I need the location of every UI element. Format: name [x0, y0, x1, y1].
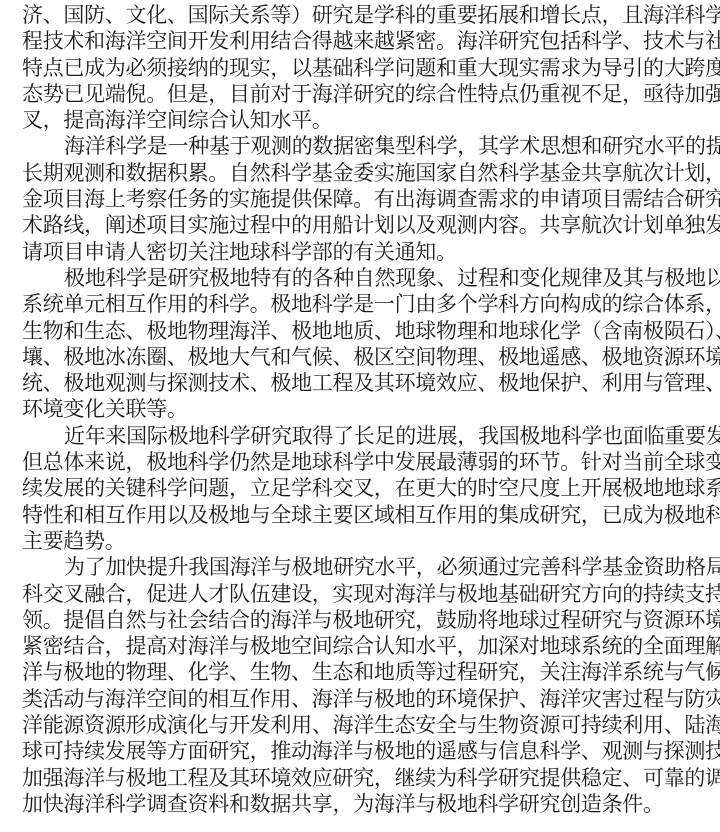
text-line: 为了加快提升我国海洋与极地研究水平，必须通过完善科学基金资助格局，拓展学 [22, 554, 698, 580]
text-line: 生物和生态、极地物理海洋、极地地质、地球物理和地球化学（含南极陨石）、极地土 [22, 318, 698, 344]
text-line: 态势已见端倪。但是，目前对于海洋研究的综合性特点仍重视不足，亟待加强学科交 [22, 81, 698, 107]
text-line: 环境变化关联等。 [22, 396, 698, 422]
text-line: 但总体来说，极地科学仍然是地球科学中发展最薄弱的环节。针对当前全球变化和可持 [22, 449, 698, 475]
paragraph-5: 为了加快提升我国海洋与极地研究水平，必须通过完善科学基金资助格局，拓展学 科交叉… [22, 554, 698, 817]
text-line: 术路线，阐述项目实施过程中的用船计划以及观测内容。共享航次计划单独发布指南， [22, 212, 698, 238]
text-line: 领。提倡自然与社会结合的海洋与极地研究，鼓励将地球过程研究与资源环境效应研究 [22, 607, 698, 633]
text-line: 洋与极地的物理、化学、生物、生态和地质等过程研究，关注海洋系统与气候变化、人 [22, 659, 698, 685]
text-line: 济、国防、文化、国际关系等）研究是学科的重要拓展和增长点，且海洋科学与海洋工 [22, 2, 698, 28]
text-line: 系统单元相互作用的科学。极地科学是一门由多个学科方向构成的综合体系，包括极地 [22, 291, 698, 317]
text-line: 加强海洋与极地工程及其环境效应研究，继续为科学研究提供稳定、可靠的调查保障， [22, 765, 698, 791]
paragraph-1: 济、国防、文化、国际关系等）研究是学科的重要拓展和增长点，且海洋科学与海洋工 程… [22, 2, 698, 133]
text-line: 科交叉融合，促进人才队伍建设，实现对海洋与极地基础研究方向的持续支持和前沿引 [22, 581, 698, 607]
text-line: 续发展的关键科学问题，立足学科交叉，在更大的时空尺度上开展极地地球系统圈层的 [22, 475, 698, 501]
text-line: 请项目申请人密切关注地球科学部的有关通知。 [22, 239, 698, 265]
text-line: 球可持续发展等方面研究，推动海洋与极地的遥感与信息科学、观测与探测技术研究， [22, 738, 698, 764]
text-line: 程技术和海洋空间开发利用结合得越来越紧密。海洋研究包括科学、技术与社会等多种 [22, 28, 698, 54]
paragraph-2: 海洋科学是一种基于观测的数据密集型科学，其学术思想和研究水平的提升离不开 长期观… [22, 133, 698, 264]
text-line: 长期观测和数据积累。自然科学基金委实施国家自然科学基金共享航次计划，为科学基 [22, 160, 698, 186]
text-line: 极地科学是研究极地特有的各种自然现象、过程和变化规律及其与极地以外的地球 [22, 265, 698, 291]
paragraph-3: 极地科学是研究极地特有的各种自然现象、过程和变化规律及其与极地以外的地球 系统单… [22, 265, 698, 423]
text-line: 金项目海上考察任务的实施提供保障。有出海调查需求的申请项目需结合研究项目的技 [22, 186, 698, 212]
text-line: 海洋科学是一种基于观测的数据密集型科学，其学术思想和研究水平的提升离不开 [22, 133, 698, 159]
text-line: 近年来国际极地科学研究取得了长足的进展，我国极地科学也面临重要发展机遇。 [22, 423, 698, 449]
text-line: 统、极地观测与探测技术、极地工程及其环境效应、极地保护、利用与管理、地球三极 [22, 370, 698, 396]
text-line: 壤、极地冰冻圈、极地大气和气候、极区空间物理、极地遥感、极地资源环境信息系 [22, 344, 698, 370]
text-line: 特点已成为必须接纳的现实，以基础科学问题和重大现实需求为导引的大跨度学科交叉 [22, 55, 698, 81]
text-line: 加快海洋科学调查资料和数据共享，为海洋与极地科学研究创造条件。 [22, 791, 698, 817]
document-page: 济、国防、文化、国际关系等）研究是学科的重要拓展和增长点，且海洋科学与海洋工 程… [0, 0, 720, 832]
paragraph-4: 近年来国际极地科学研究取得了长足的进展，我国极地科学也面临重要发展机遇。 但总体… [22, 423, 698, 554]
text-line: 主要趋势。 [22, 528, 698, 554]
text-line: 叉，提高海洋空间综合认知水平。 [22, 107, 698, 133]
text-line: 紧密结合，提高对海洋与极地空间综合认知水平，加深对地球系统的全面理解。加强海 [22, 633, 698, 659]
text-line: 类活动与海洋空间的相互作用、海洋与极地的环境保护、海洋灾害过程与防灾减灾、海 [22, 686, 698, 712]
text-line: 洋能源资源形成演化与开发利用、海洋生态安全与生物资源可持续利用、陆海统筹与全 [22, 712, 698, 738]
text-line: 特性和相互作用以及极地与全球主要区域相互作用的集成研究，已成为极地科学发展的 [22, 502, 698, 528]
